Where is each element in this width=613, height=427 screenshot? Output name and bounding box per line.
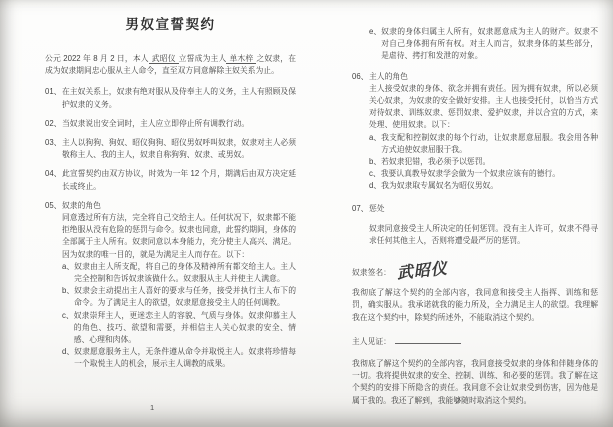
clause-05-item-d-label: d、 (62, 346, 74, 370)
clause-05-heading-text: 奴隶的角色 (62, 200, 296, 212)
clause-06-number: 06、 (352, 71, 369, 83)
page-number-2: 2 (456, 396, 460, 405)
clause-06-item-d-text: 我为奴隶取专属奴名为昭仪男奴。 (381, 180, 598, 192)
clause-06-item-c-text: 我要认真教导奴隶学会做为一个奴隶应该有的德行。 (381, 168, 598, 180)
clause-05-item-d: d、 奴隶愿意服务主人，无条件遵从命令并取悦主人。奴隶将珍惜每一个取悦主人的机会… (62, 346, 296, 370)
clause-06-item-c: c、 我要认真教导奴隶学会做为一个奴隶应该有的德行。 (369, 168, 598, 180)
clause-05-item-e-label: e、 (369, 26, 381, 63)
contract-page-2: e、 奴隶的身体归属主人所有，奴隶愿意成为主人的财产。奴隶不对自己身体拥有所有权… (352, 26, 598, 416)
clause-01-number: 01、 (45, 86, 62, 110)
master-name-underlined: 单木梓 (226, 54, 256, 64)
clause-01-text: 在主奴关系上，奴隶有绝对服从及侍奉主人的义务，主人有照顾及保护奴隶的义务。 (62, 86, 296, 110)
slave-signature-row: 奴隶签名： 武昭仪 (352, 259, 598, 279)
clause-02-text: 当奴隶说出安全词时，主人应立即停止所有调教行动。 (62, 118, 296, 130)
clause-05-body: 同意透过所有方法，完全将自己交给主人。任何状况下，奴隶都不能拒绝服从没有危险的惩… (62, 212, 296, 261)
clause-06-item-a: a、 我支配和控制奴隶的每个行动，让奴隶愿意屈服。我会用各种方式迫使奴隶屈服于我… (369, 132, 598, 156)
master-witness-label: 主人见证： (352, 337, 391, 346)
clause-06-item-d: d、 我为奴隶取专属奴名为昭仪男奴。 (369, 180, 598, 192)
contract-preamble: 公元 2022 年 8 月 2 日，本人武昭仪立誓成为主人单木梓之奴隶，在成为奴… (45, 53, 296, 77)
clause-05-heading: 05、 奴隶的角色 (45, 200, 296, 212)
clause-05-item-b-text: 奴隶会主动提出主人喜好的要求与任务，接受并执行主人布下的命令。为了满足主人的欲望… (74, 285, 296, 309)
clause-04: 04、 此宣誓契约由双方协议，时效为一年 12 个月，期满后由双方决定延长或终止… (45, 168, 296, 192)
clause-06-item-c-label: c、 (369, 168, 381, 180)
clause-06-item-b: b、 若奴隶犯错，我必须予以惩罚。 (369, 156, 598, 168)
clause-05-item-e: e、 奴隶的身体归属主人所有，奴隶愿意成为主人的财产。奴隶不对自己身体拥有所有权… (369, 26, 598, 63)
clause-04-text: 此宣誓契约由双方协议，时效为一年 12 个月，期满后由双方决定延长或终止。 (62, 168, 296, 192)
clause-06-heading-text: 主人的角色 (369, 71, 598, 83)
clause-06-body: 主人接受奴隶的身体、欲念并拥有责任。因为拥有奴隶，所以必须关心奴隶，为奴隶的安全… (369, 83, 598, 132)
preamble-pre: 公元 2022 年 8 月 2 日，本人 (45, 54, 149, 63)
clause-05-item-b: b、 奴隶会主动提出主人喜好的要求与任务，接受并执行主人布下的命令。为了满足主人… (62, 285, 296, 309)
clause-05-number: 05、 (45, 200, 62, 212)
master-acknowledgement: 我彻底了解这个契约的全部内容，我同意接受奴隶的身体和伴随身体的一切。我将提供奴隶… (352, 358, 598, 407)
clause-03-number: 03、 (45, 137, 62, 161)
clause-05-item-a-label: a、 (62, 261, 74, 285)
master-witness-blank (395, 334, 461, 344)
clause-02-number: 02、 (45, 118, 62, 130)
clause-02: 02、 当奴隶说出安全词时，主人应立即停止所有调教行动。 (45, 118, 296, 130)
slave-signature-label: 奴隶签名： (352, 267, 391, 279)
clause-05-item-c-label: c、 (62, 310, 74, 347)
clause-04-number: 04、 (45, 168, 62, 192)
master-witness-row: 主人见证： (352, 334, 598, 348)
document-photo: 男奴宣誓契约 公元 2022 年 8 月 2 日，本人武昭仪立誓成为主人单木梓之… (0, 0, 613, 427)
contract-page-1: 男奴宣誓契约 公元 2022 年 8 月 2 日，本人武昭仪立誓成为主人单木梓之… (45, 16, 296, 371)
clause-05-item-a: a、 奴隶由主人所支配，将自己的身体及精神所有都交给主人。主人完全控制和告诉奴隶… (62, 261, 296, 285)
clause-07-number: 07、 (352, 203, 369, 215)
page-number-1: 1 (150, 403, 154, 412)
clause-05-item-c: c、 奴隶崇拜主人，更迷恋主人的容貌、气质与身体。奴隶仰慕主人的角色、技巧、欲望… (62, 310, 296, 347)
clause-05-item-b-label: b、 (62, 285, 74, 309)
preamble-mid: 立誓成为主人 (179, 54, 227, 63)
clause-06-item-d-label: d、 (369, 180, 381, 192)
clause-07-heading-text: 惩处 (369, 203, 598, 215)
slave-acknowledgement: 我彻底了解这个契约的全部内容，我同意和接受主人指挥、训练和惩罚，确实服从。我承诺… (352, 287, 598, 324)
clause-07-body: 奴隶同意接受主人所决定的任何惩罚。没有主人许可，奴隶不得寻求任何其他主人，否则将… (369, 223, 598, 247)
clause-05-item-a-text: 奴隶由主人所支配，将自己的身体及精神所有都交给主人。主人完全控制和告诉奴隶该做什… (74, 261, 296, 285)
clause-03: 03、 主人以狗狗、狗奴、昭仪狗狗、昭仪男奴呼叫奴隶，奴隶对主人必须敬称主人、我… (45, 137, 296, 161)
clause-01: 01、 在主奴关系上，奴隶有绝对服从及侍奉主人的义务，主人有照顾及保护奴隶的义务… (45, 86, 296, 110)
clause-07-heading: 07、 惩处 (352, 203, 598, 215)
clause-06-item-a-text: 我支配和控制奴隶的每个行动，让奴隶愿意屈服。我会用各种方式迫使奴隶屈服于我。 (381, 132, 598, 156)
slave-signature-handwritten: 武昭仪 (396, 262, 448, 279)
clause-05-item-c-text: 奴隶崇拜主人，更迷恋主人的容貌、气质与身体。奴隶仰慕主人的角色、技巧、欲望和需要… (74, 310, 296, 347)
clause-05-item-d-text: 奴隶愿意服务主人，无条件遵从命令并取悦主人。奴隶将珍惜每一个取悦主人的机会，展示… (74, 346, 296, 370)
contract-title: 男奴宣誓契约 (45, 16, 296, 33)
slave-name-underlined: 武昭仪 (149, 54, 179, 64)
clause-06-item-b-label: b、 (369, 156, 381, 168)
clause-03-text: 主人以狗狗、狗奴、昭仪狗狗、昭仪男奴呼叫奴隶，奴隶对主人必须敬称主人、我的主人，… (62, 137, 296, 161)
clause-06-item-b-text: 若奴隶犯错，我必须予以惩罚。 (381, 156, 598, 168)
clause-06-item-a-label: a、 (369, 132, 381, 156)
clause-06-heading: 06、 主人的角色 (352, 71, 598, 83)
clause-05-item-e-text: 奴隶的身体归属主人所有，奴隶愿意成为主人的财产。奴隶不对自己身体拥有所有权。对主… (381, 26, 598, 63)
